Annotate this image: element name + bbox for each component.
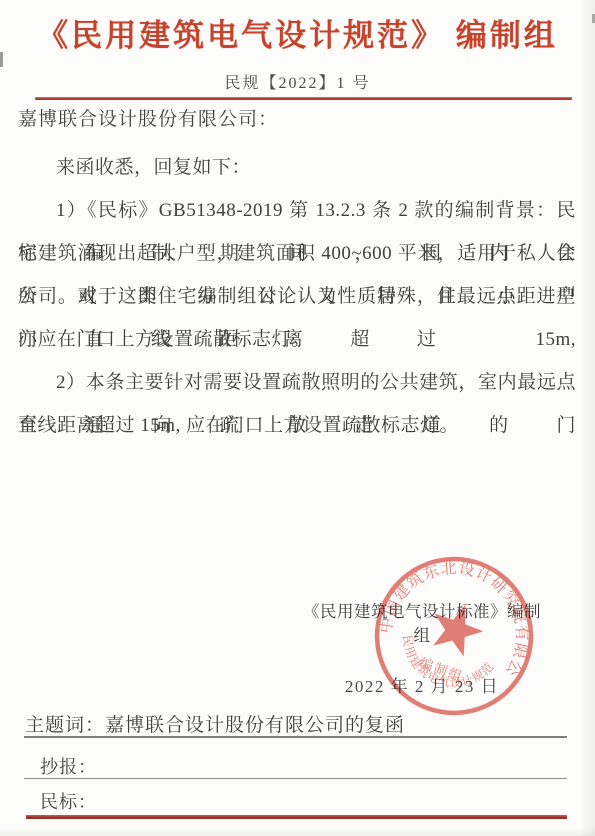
- paragraph1-line3: 公司。对于这类住宅编制组讨论认为性质特殊，且最远点距进户门直线距离超过 15m,: [18, 275, 576, 318]
- paragraph1-line2: 宅建筑涌现出超大户型，建筑面积 400~600 平米，适用于私人会所或即办公又居…: [18, 232, 576, 275]
- subject-line: 主题词：嘉博联合设计股份有限公司的复函: [25, 710, 405, 737]
- footer-divider-1: [24, 736, 567, 738]
- paragraph2-line1: 2）本条主要针对需要设置疏散照明的公共建筑，室内最远点至通向疏散走道的门: [18, 361, 576, 404]
- signature-organization: 《民用建筑电气设计标准》编制组: [297, 598, 547, 646]
- letter-body: 来函收悉，回复如下： 1）《民标》GB51348-2019 第 13.2.3 条…: [18, 146, 576, 447]
- paragraph1-line1: 1）《民标》GB51348-2019 第 13.2.3 条 2 款的编制背景：民…: [18, 189, 576, 232]
- cc-line: 抄报：: [40, 753, 97, 779]
- addressee-line: 嘉博联合设计股份有限公司：: [18, 104, 278, 131]
- document-title: 《民用建筑电气设计规范》 编制组: [0, 10, 595, 55]
- footer-bottom-red-rule: [26, 815, 567, 819]
- standard-line: 民标：: [40, 788, 97, 814]
- header-divider-rule: [35, 97, 572, 100]
- signature-block: 《民用建筑电气设计标准》编制组 2022 年 2 月 23 日: [297, 598, 547, 697]
- signature-date: 2022 年 2 月 23 日: [297, 672, 547, 697]
- subject-value: 嘉博联合设计股份有限公司的复函: [105, 715, 405, 736]
- subject-label: 主题词：: [25, 715, 105, 736]
- document-number: 民规【2022】1 号: [0, 70, 595, 93]
- salutation-line: 来函收悉，回复如下：: [18, 146, 576, 189]
- footer-divider-2: [24, 778, 567, 779]
- official-letter-page: 《民用建筑电气设计规范》 编制组 民规【2022】1 号 嘉博联合设计股份有限公…: [0, 0, 595, 836]
